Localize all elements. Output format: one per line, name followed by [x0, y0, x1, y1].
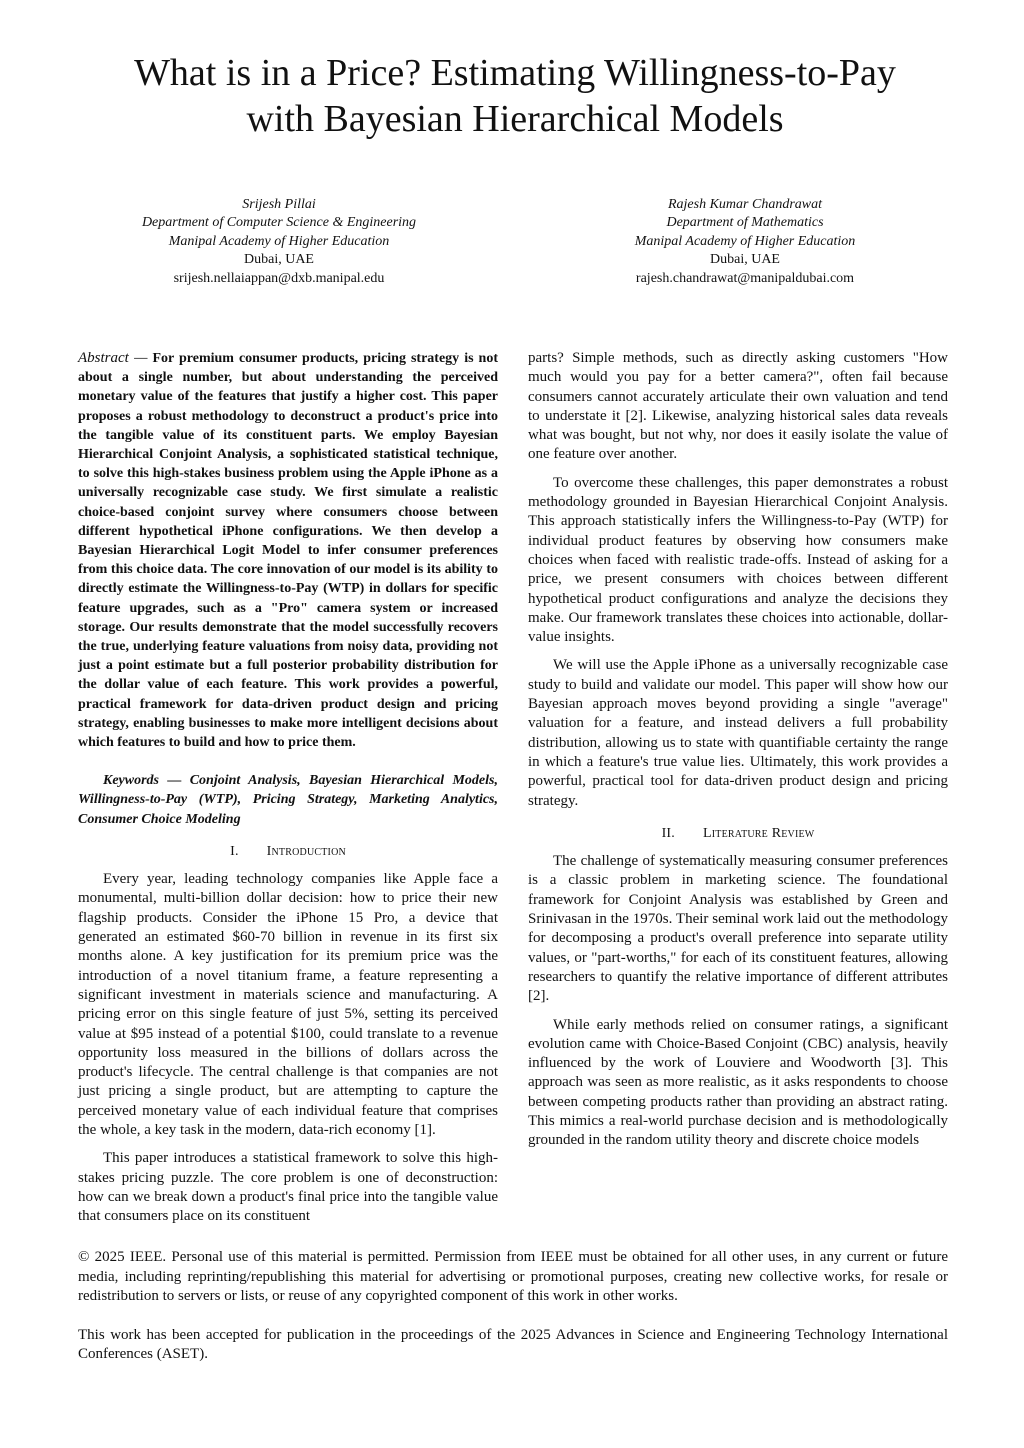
lit-review-paragraph-2: While early methods relied on consumer r… [528, 1016, 948, 1151]
left-column: Abstract — For premium consumer products… [78, 349, 498, 1227]
intro-paragraph-2-start: This paper introduces a statistical fram… [78, 1149, 498, 1226]
right-column: parts? Simple methods, such as directly … [528, 349, 948, 1151]
acceptance-notice: This work has been accepted for publicat… [78, 1326, 948, 1365]
author-name: Srijesh Pillai [99, 196, 459, 214]
author-department: Department of Computer Science & Enginee… [99, 214, 459, 232]
author-location: Dubai, UAE [99, 251, 459, 269]
abstract-label: Abstract — [78, 350, 147, 366]
copyright-notice: © 2025 IEEE. Personal use of this materi… [78, 1248, 948, 1307]
section-title: Literature Review [703, 826, 814, 841]
section-heading-introduction: I.Introduction [78, 842, 498, 861]
abstract: Abstract — For premium consumer products… [78, 349, 498, 752]
paper-title: What is in a Price? Estimating Willingne… [100, 50, 930, 142]
author-block-2: Rajesh Kumar Chandrawat Department of Ma… [565, 196, 925, 288]
author-email: rajesh.chandrawat@manipaldubai.com [565, 270, 925, 288]
intro-paragraph-1: Every year, leading technology companies… [78, 870, 498, 1140]
author-department: Department of Mathematics [565, 214, 925, 232]
section-title: Introduction [267, 844, 346, 859]
footer-notice: © 2025 IEEE. Personal use of this materi… [78, 1248, 948, 1365]
author-institution: Manipal Academy of Higher Education [99, 233, 459, 251]
author-email: srijesh.nellaiappan@dxb.manipal.edu [99, 270, 459, 288]
author-block-1: Srijesh Pillai Department of Computer Sc… [99, 196, 459, 288]
keywords: Keywords — Conjoint Analysis, Bayesian H… [78, 771, 498, 829]
author-institution: Manipal Academy of Higher Education [565, 233, 925, 251]
author-name: Rajesh Kumar Chandrawat [565, 196, 925, 214]
author-location: Dubai, UAE [565, 251, 925, 269]
abstract-text: For premium consumer products, pricing s… [78, 351, 498, 750]
section-number: I. [230, 842, 239, 861]
lit-review-paragraph-1: The challenge of systematically measurin… [528, 852, 948, 1006]
intro-paragraph-3: To overcome these challenges, this paper… [528, 474, 948, 648]
intro-paragraph-4: We will use the Apple iPhone as a univer… [528, 656, 948, 810]
intro-paragraph-2-end: parts? Simple methods, such as directly … [528, 349, 948, 465]
section-heading-literature-review: II.Literature Review [528, 824, 948, 843]
section-number: II. [662, 824, 675, 843]
